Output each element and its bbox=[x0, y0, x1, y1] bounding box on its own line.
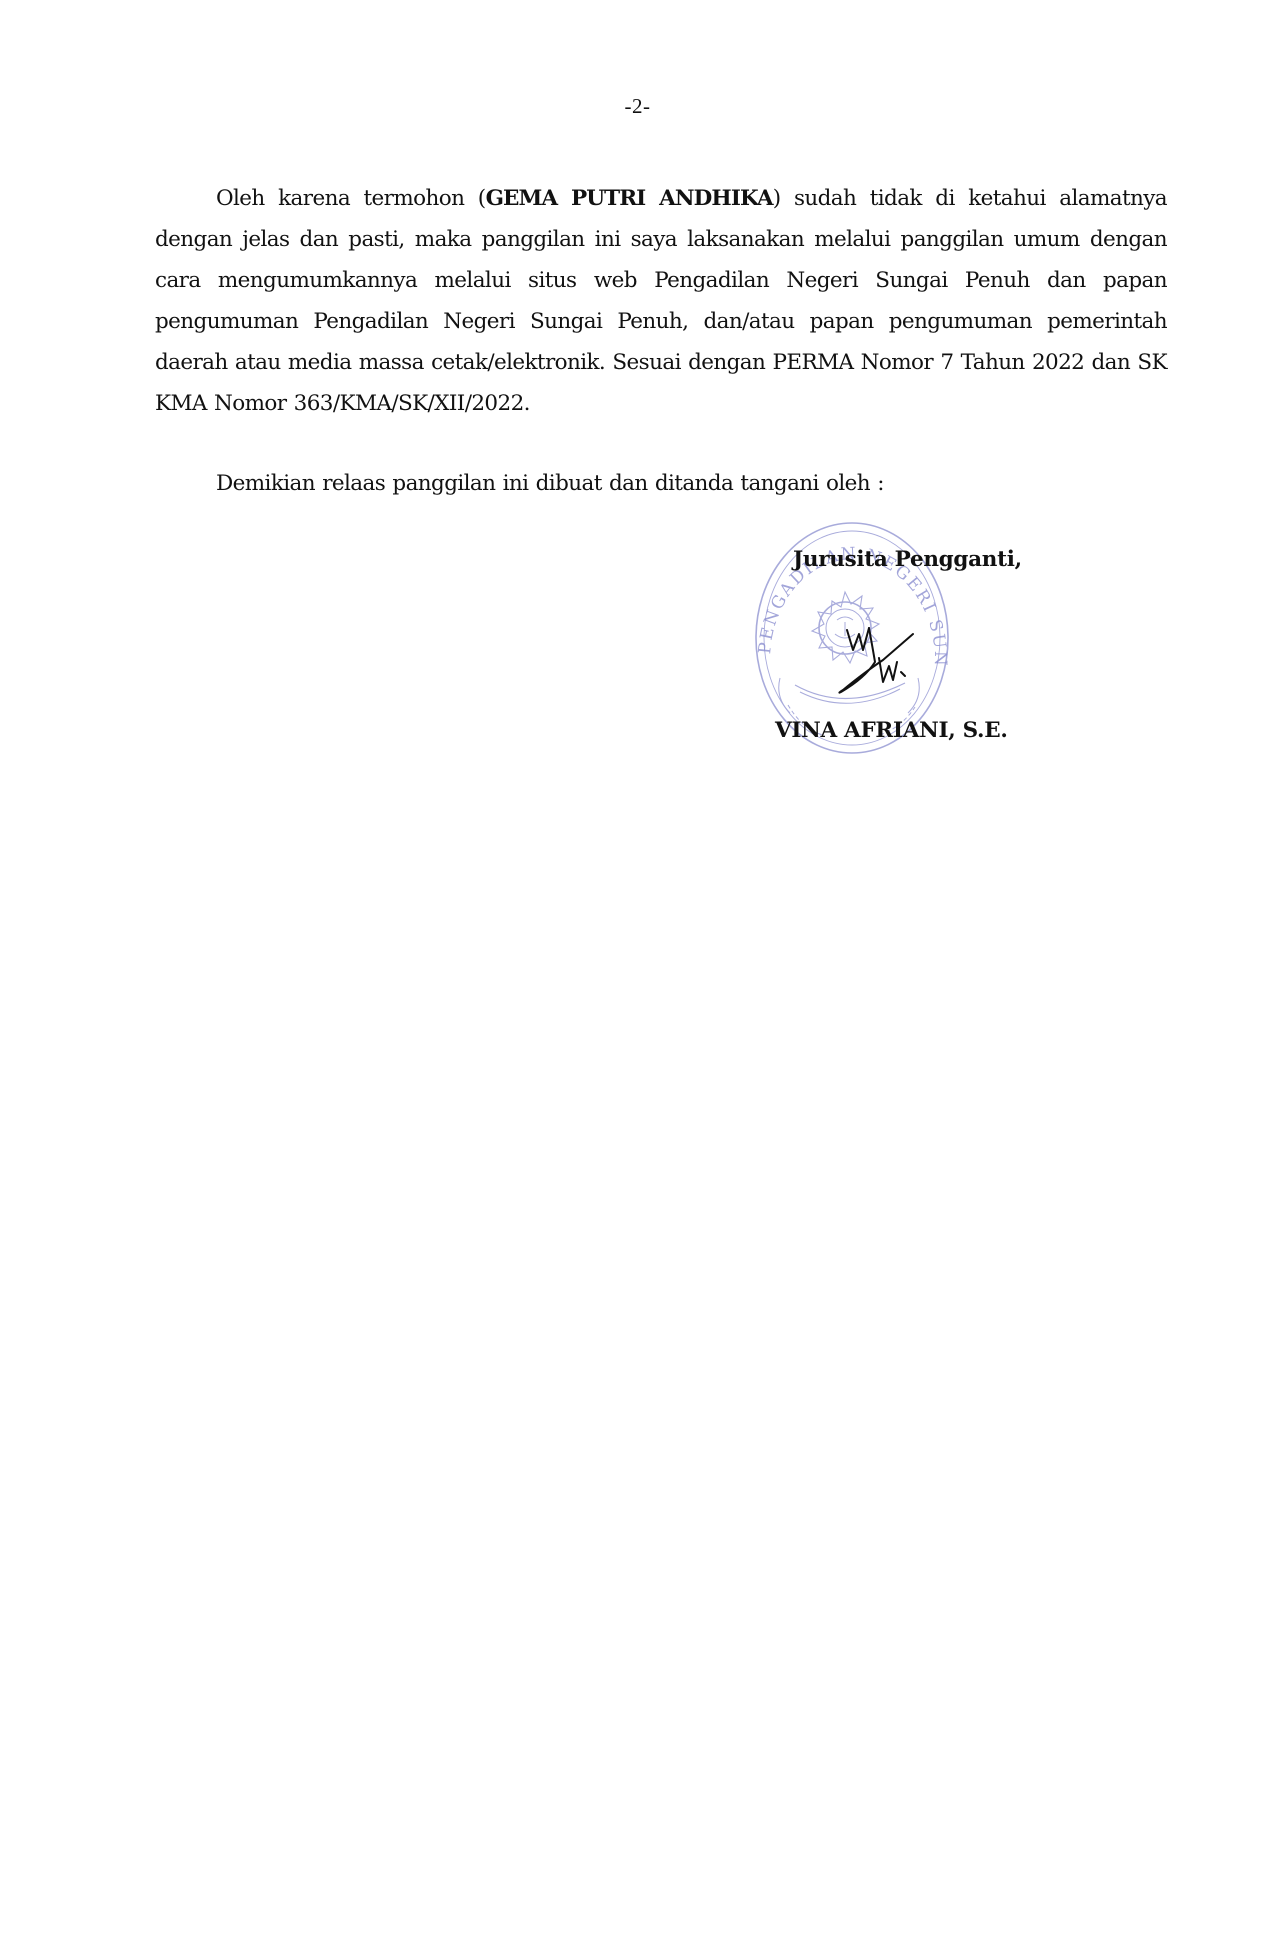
paragraph-text-start: Oleh karena termohon ( bbox=[216, 186, 486, 211]
handwritten-signature-icon bbox=[835, 620, 935, 710]
summons-paragraph: Oleh karena termohon (GEMA PUTRI ANDHIKA… bbox=[155, 178, 1167, 424]
signature-title: Jurusita Pengganti, bbox=[793, 547, 1022, 572]
closing-paragraph: Demikian relaas panggilan ini dibuat dan… bbox=[155, 463, 1167, 504]
signatory-name: VINA AFRIANI, S.E. bbox=[775, 718, 1008, 743]
page-number: -2- bbox=[0, 94, 1275, 119]
paragraph-text-rest: ) sudah tidak di ketahui alamatnya denga… bbox=[155, 186, 1167, 416]
respondent-name: GEMA PUTRI ANDHIKA bbox=[486, 186, 773, 211]
signature-block: PENGADILAN NEGERI SUNGAI PENUH Jurusita … bbox=[740, 510, 1080, 760]
